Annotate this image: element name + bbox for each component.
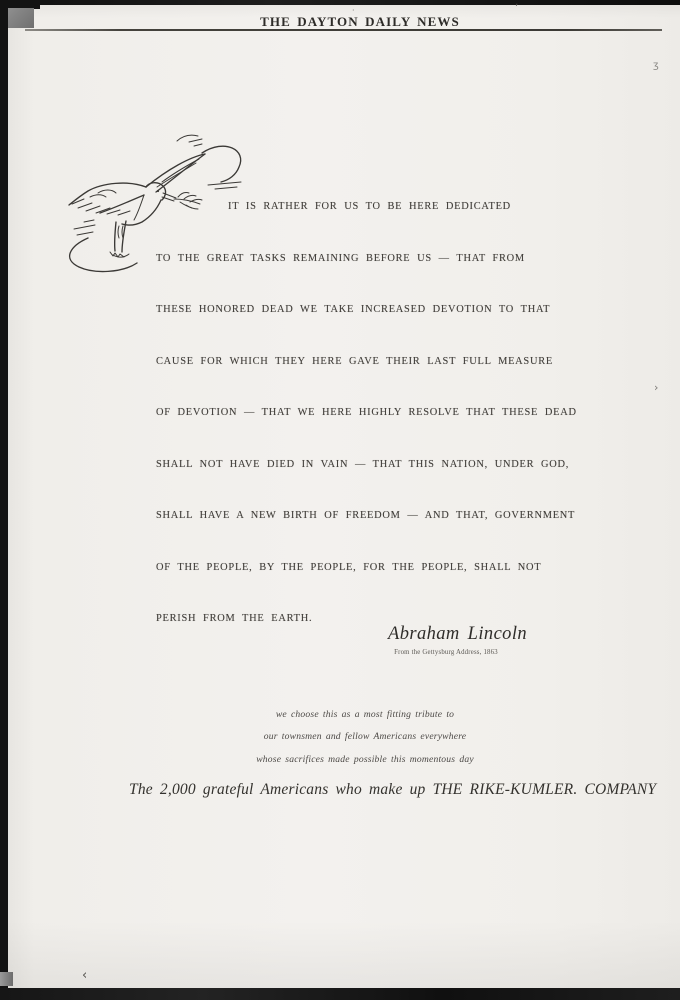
tribute-note: we choose this as a most fitting tribute… bbox=[243, 704, 487, 771]
body-line-5: OF DEVOTION — THAT WE HERE HIGHLY RESOLV… bbox=[156, 407, 577, 418]
body-line-8: OF THE PEOPLE, BY THE PEOPLE, FOR THE PE… bbox=[156, 562, 541, 573]
body-line-7: SHALL HAVE A NEW BIRTH OF FREEDOM — AND … bbox=[156, 510, 575, 521]
scan-edge-left bbox=[0, 0, 8, 1000]
scan-edge-top bbox=[0, 0, 680, 5]
tribute-line-3: whose sacrifices made possible this mome… bbox=[243, 749, 487, 771]
signature-abraham-lincoln: Abraham Lincoln bbox=[388, 624, 527, 645]
scan-speck: ʼ bbox=[515, 3, 518, 14]
masthead-rule bbox=[25, 29, 662, 31]
body-line-2: TO THE GREAT TASKS REMAINING BEFORE US —… bbox=[156, 253, 525, 264]
sponsor-line: The 2,000 grateful Americans who make up… bbox=[129, 781, 656, 799]
tribute-line-1: we choose this as a most fitting tribute… bbox=[243, 704, 487, 726]
body-line-1: IT IS RATHER FOR US TO BE HERE DEDICATED bbox=[228, 201, 511, 212]
body-line-4: CAUSE FOR WHICH THEY HERE GAVE THEIR LAS… bbox=[156, 356, 553, 367]
scan-edge-notch bbox=[0, 972, 13, 986]
scan-edge-bottom bbox=[0, 988, 680, 1000]
body-line-6: SHALL NOT HAVE DIED IN VAIN — THAT THIS … bbox=[156, 459, 569, 470]
body-line-3: THESE HONORED DEAD WE TAKE INCREASED DEV… bbox=[156, 304, 550, 315]
scan-speck: ʒ bbox=[653, 60, 659, 71]
signature-source: From the Gettysburg Address, 1863 bbox=[382, 649, 510, 656]
tribute-line-2: our townsmen and fellow Americans everyw… bbox=[243, 726, 487, 748]
body-line-9: PERISH FROM THE EARTH. bbox=[156, 613, 312, 624]
scan-speck: › bbox=[654, 381, 658, 394]
scan-corner-gray bbox=[8, 8, 34, 28]
scan-speck: ‹ bbox=[82, 968, 87, 983]
masthead-title: THE DAYTON DAILY NEWS bbox=[40, 14, 680, 30]
newspaper-page-scan: THE DAYTON DAILY NEWS bbox=[0, 0, 680, 1000]
scan-speck: · bbox=[352, 6, 355, 15]
